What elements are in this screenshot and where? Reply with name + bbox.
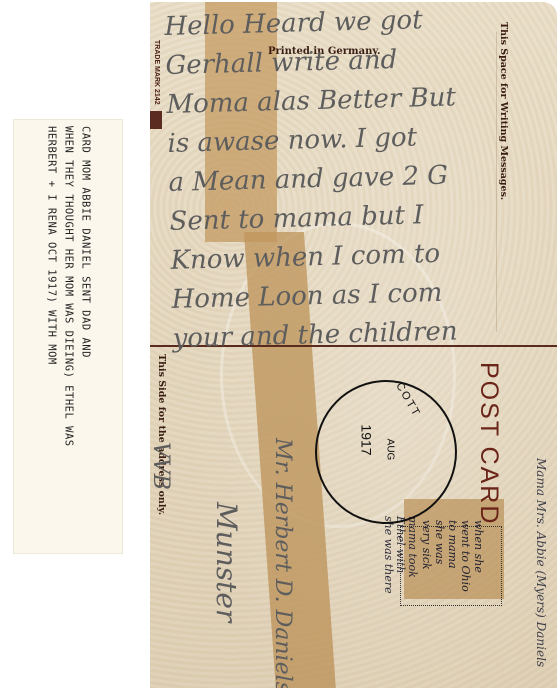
side-note-line: Ethel with <box>394 516 406 594</box>
postmark-stamp: COTT AUG 1917 <box>315 380 457 524</box>
note-line: WHEN THEY THOUGHT HER MOM WAS DIEING) ET… <box>60 126 77 546</box>
stamp-area-note: when she went to Ohio to mama she was ve… <box>420 520 485 592</box>
address-side-label: This Side for the address only. <box>156 354 167 515</box>
message-line: Hello Heard we got <box>164 2 454 47</box>
writing-space-label: This Space for Writing Messages. <box>498 22 509 200</box>
note-line: HERBERT + I RENA OCT 1917) WITH MOM <box>43 126 60 546</box>
margin-note: Mama Mrs. Abbie (Myers) Daniels <box>534 458 548 667</box>
address-recipient: Mr. Herbert D. Daniels <box>270 438 295 688</box>
publisher-logo-icon <box>150 111 162 129</box>
trademark-text: TRADE MARK <box>153 40 160 87</box>
message-line: your and the children <box>172 312 462 359</box>
handwritten-note-card: CARD MOM ABBIE DANIEL SENT DAD AND WHEN … <box>14 120 122 553</box>
address-prefix: VVB <box>150 442 173 490</box>
address-city: Munster <box>210 502 243 622</box>
stamp-note-line: went to Ohio <box>459 520 472 592</box>
note-line: CARD MOM ABBIE DANIEL SENT DAD AND <box>77 126 94 546</box>
side-note-line: mama took <box>406 516 418 594</box>
side-note-line: she was there <box>382 516 394 594</box>
postmark-month: AUG <box>384 439 395 461</box>
note-card-text: CARD MOM ABBIE DANIEL SENT DAD AND WHEN … <box>43 126 94 546</box>
vertical-divider <box>496 32 497 332</box>
post-card-title: POST CARD <box>474 362 503 525</box>
side-note: mama took Ethel with she was there <box>382 516 418 594</box>
stamp-note-line: when she <box>472 520 485 592</box>
stamp-note-line: she was <box>433 520 446 592</box>
trademark-logo: TRADE MARK 2142 <box>150 40 162 129</box>
stamp-note-line: very sick <box>420 520 433 592</box>
stamp-note-line: to mama <box>446 520 459 592</box>
postcard: TRADE MARK 2142 Printed in Germany. This… <box>150 2 557 688</box>
postmark-year: 1917 <box>359 424 375 455</box>
handwritten-message: Hello Heard we got Gerhall write and Mom… <box>164 2 462 359</box>
catalog-number: 2142 <box>153 89 160 105</box>
